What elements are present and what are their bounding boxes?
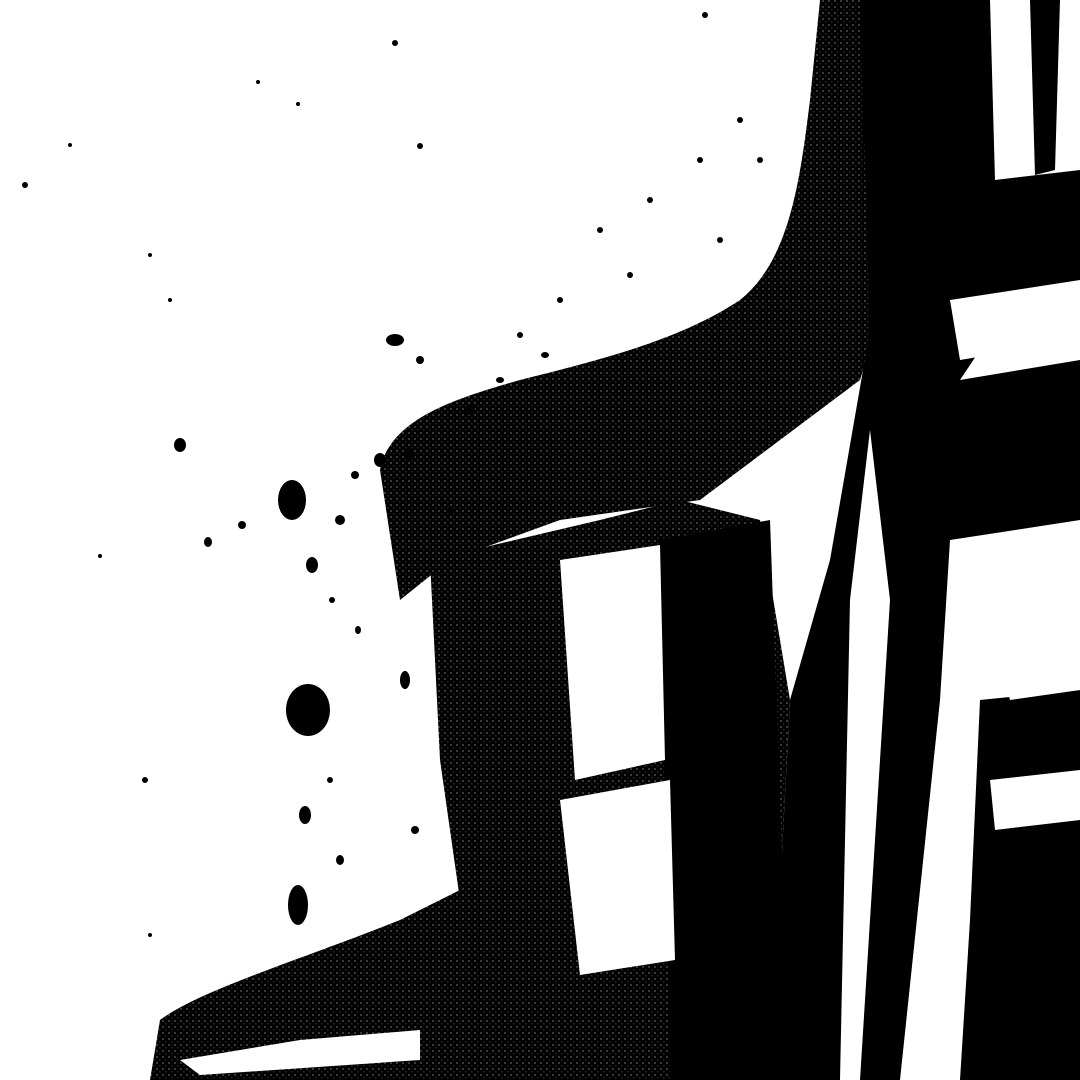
- abstract-painting: [0, 0, 1080, 1080]
- artwork-photo: High-contrast black and white abstract p…: [0, 0, 1080, 1080]
